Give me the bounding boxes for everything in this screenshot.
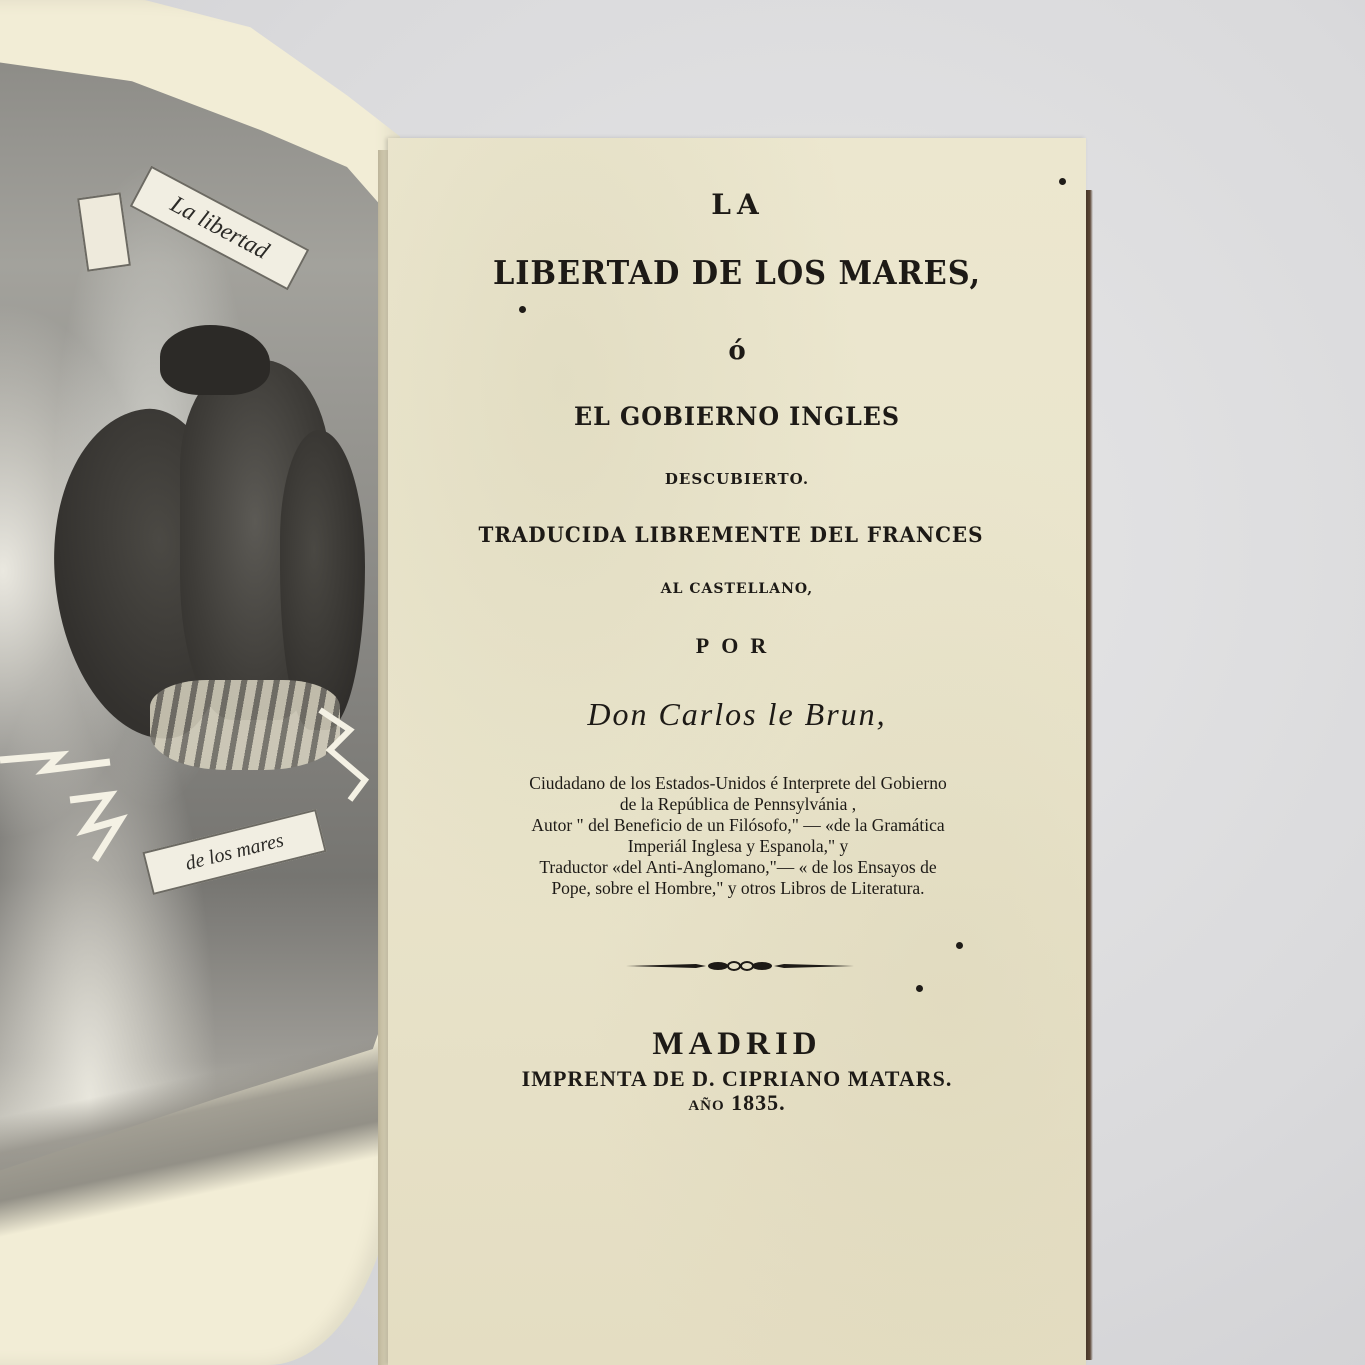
author-desc-line: Autor " del Beneficio de un Filósofo," —… (458, 815, 1018, 836)
author-desc-line: Ciudadano de los Estados-Unidos é Interp… (458, 773, 1018, 794)
title-page: LA LIBERTAD DE LOS MARES, ó EL GOBIERNO … (388, 138, 1086, 1365)
translation-note-2: AL CASTELLANO, (388, 581, 1086, 597)
imprint-printer: IMPRENTA DE D. CIPRIANO MATARS. (388, 1066, 1086, 1092)
year-value: 1835. (731, 1090, 786, 1115)
title-conjunction: ó (388, 336, 1086, 366)
book-subtitle-2: DESCUBIERTO. (388, 470, 1086, 488)
author-desc-line: Pope, sobre el Hombre," y otros Libros d… (458, 878, 1018, 899)
title-article: LA (390, 188, 1086, 221)
paper-spot (916, 985, 923, 992)
translation-note: TRADUCIDA LIBREMENTE DEL FRANCES (394, 522, 1069, 547)
printers-ornament-icon (626, 960, 854, 972)
imprint-city: MADRID (388, 1026, 1086, 1063)
author-desc-line: Imperiál Inglesa y Espanola," y (458, 836, 1018, 857)
author-desc-line: de la República de Pennsylvánia , (458, 794, 1018, 815)
imprint-year: AÑO 1835. (388, 1090, 1086, 1116)
por-label: POR (388, 633, 1086, 659)
paper-spot (519, 306, 526, 313)
author-name: Don Carlos le Brun, (388, 696, 1086, 733)
book-subtitle: EL GOBIERNO INGLES (405, 402, 1068, 431)
paper-spot (1059, 178, 1066, 185)
author-description: Ciudadano de los Estados-Unidos é Interp… (458, 773, 1018, 899)
author-desc-line: Traductor «del Anti-Anglomano,"— « de lo… (458, 857, 1018, 878)
year-prefix: AÑO (688, 1098, 724, 1114)
paper-spot (956, 942, 963, 949)
book-title: LIBERTAD DE LOS MARES, (416, 253, 1058, 292)
